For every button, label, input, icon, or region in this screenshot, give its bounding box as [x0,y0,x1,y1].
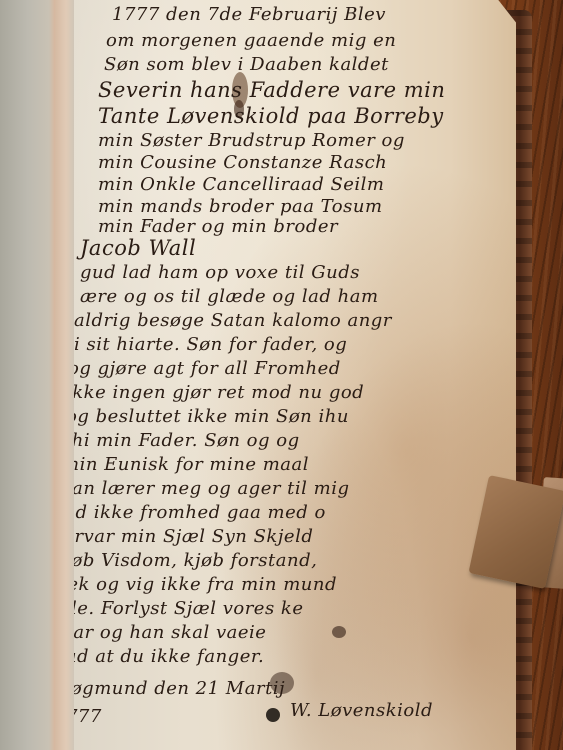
text-line: Søn som blev i Daaben kaldet [104,54,389,75]
signature-name: W. Løvenskiold [290,700,433,721]
text-line: og gjøre agt for all Fromhed [68,358,341,379]
text-line: min Eunisk for mine maal [62,454,309,475]
text-line: naar og han skal vaeie [50,622,266,643]
text-line: ræk og vig ikke fra min mund [52,574,337,595]
text-line: om morgenen gaaende mig en [106,30,396,51]
text-line: Gud at du ikke fanger. [50,646,264,667]
text-line: lad ikke fromhed gaa med o [58,502,326,523]
text-line: kjøb Visdom, kjøb forstand, [54,550,317,571]
text-line: min Cousine Constanze Rasch [98,152,387,173]
text-line: min Søster Brudstrup Romer og [98,130,405,151]
text-line: i sit hiarte. Søn for fader, og [74,334,347,355]
text-line: 1777 den 7de Februarij Blev [112,4,386,25]
ink-blot [266,708,280,722]
text-line: forvar min Sjæl Syn Skjeld [56,526,313,547]
text-line: tale. Forlyst Sjæl vores ke [52,598,303,619]
text-line: og besluttet ikke min Søn ihu [66,406,349,427]
text-line: min mands broder paa Tosum [98,196,383,217]
signature-place-date: Brøgmund den 21 Martij [48,678,285,699]
text-line: ære og os til glæde og lad ham [80,286,379,307]
text-line: Severin hans Faddere vare min [98,78,445,102]
text-line: ikke ingen gjør ret mod nu god [66,382,364,403]
text-line: min Onkle Cancelliraad Seilm [98,174,385,195]
ink-blot [332,626,346,638]
manuscript-page: 1777 den 7de Februarij Blev om morgenen … [74,0,516,750]
text-line: gud lad ham op voxe til Guds [80,262,360,283]
text-line: Jacob Wall [80,236,196,260]
text-line: Tante Løvenskiold paa Borreby [98,104,444,128]
text-line: han lærer meg og ager til mig [60,478,350,499]
text-line: aldrig besøge Satan kalomo angr [74,310,392,331]
text-line: thi min Fader. Søn og og [64,430,300,451]
text-line: min Fader og min broder [98,216,338,237]
